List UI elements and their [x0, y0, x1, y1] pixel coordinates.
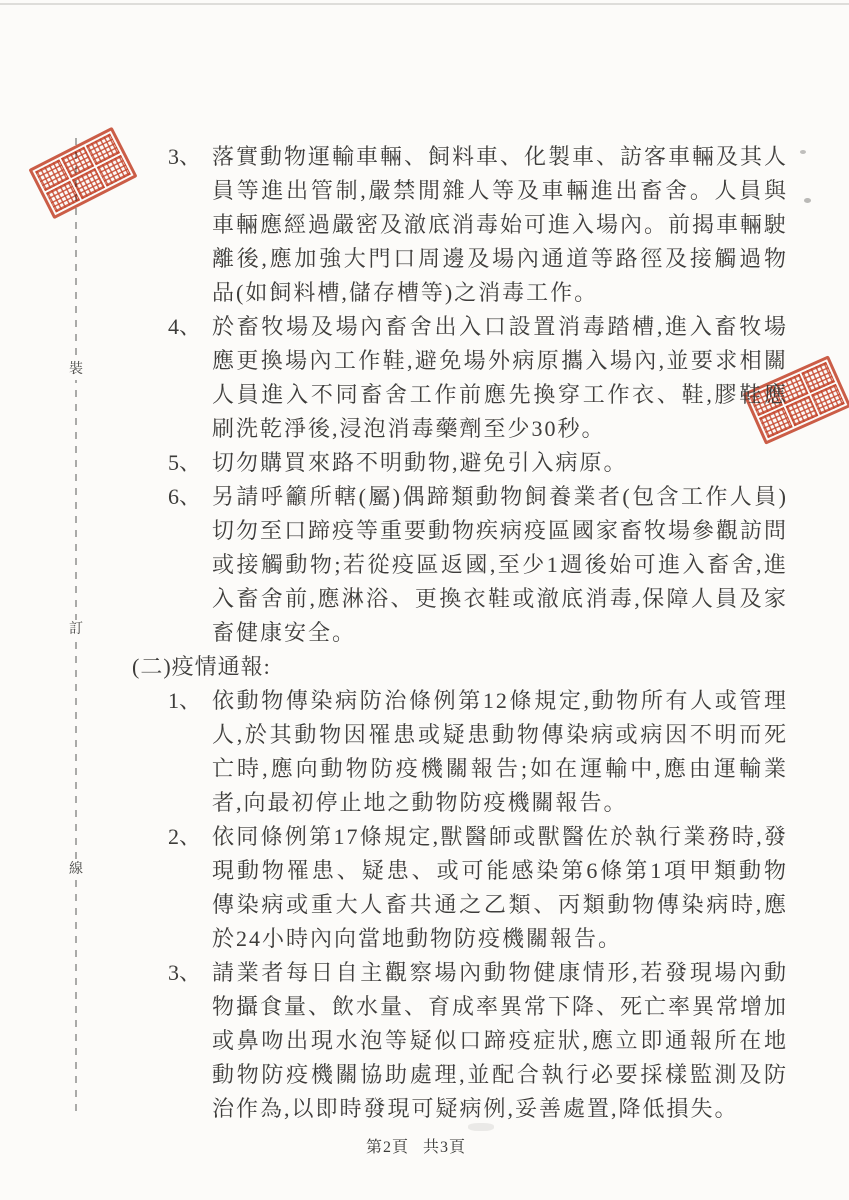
sub-list-item-1: 1、依動物傳染病防治條例第12條規定,動物所有人或管理人,於其動物因罹患或疑患動… — [168, 684, 788, 820]
binding-char-xian: 線 — [64, 860, 88, 880]
section-heading-epidemic-reporting: (二)疫情通報: — [132, 650, 792, 684]
item-number: 5、 — [168, 446, 212, 480]
scanned-document-page: 裝 訂 線 3、落實動物運輸車輛、飼料車、化製車、訪客車輛及其人員等進出管制,嚴… — [0, 0, 849, 1200]
list-item-5: 5、切勿購買來路不明動物,避免引入病原。 — [168, 446, 788, 480]
scan-speck — [804, 198, 811, 203]
item-text: 落實動物運輸車輛、飼料車、化製車、訪客車輛及其人員等進出管制,嚴禁閒雜人等及車輛… — [212, 144, 788, 305]
list-item-4: 4、於畜牧場及場內畜舍出入口設置消毒踏槽,進入畜牧場應更換場內工作鞋,避免場外病… — [168, 310, 788, 446]
item-text: 切勿購買來路不明動物,避免引入病原。 — [212, 450, 628, 475]
item-text: 於畜牧場及場內畜舍出入口設置消毒踏槽,進入畜牧場應更換場內工作鞋,避免場外病原攜… — [212, 314, 788, 441]
item-number: 1、 — [168, 684, 212, 718]
sub-list-item-2: 2、依同條例第17條規定,獸醫師或獸醫佐於執行業務時,發現動物罹患、疑患、或可能… — [168, 820, 788, 956]
item-text: 依同條例第17條規定,獸醫師或獸醫佐於執行業務時,發現動物罹患、疑患、或可能感染… — [212, 824, 788, 951]
binding-char-ding: 訂 — [64, 620, 88, 640]
binding-char-zhuang: 裝 — [64, 360, 88, 380]
item-number: 4、 — [168, 310, 212, 344]
item-text: 另請呼籲所轄(屬)偶蹄類動物飼養業者(包含工作人員)切勿至口蹄疫等重要動物疾病疫… — [212, 484, 788, 645]
item-number: 6、 — [168, 480, 212, 514]
page-number: 第2頁 — [366, 1139, 409, 1156]
scan-edge-artifact — [0, 3, 849, 5]
list-item-3: 3、落實動物運輸車輛、飼料車、化製車、訪客車輛及其人員等進出管制,嚴禁閒雜人等及… — [168, 140, 788, 310]
item-number: 3、 — [168, 956, 212, 990]
sub-list-item-3: 3、請業者每日自主觀察場內動物健康情形,若發現場內動物攝食量、飲水量、育成率異常… — [168, 956, 788, 1126]
item-text: 請業者每日自主觀察場內動物健康情形,若發現場內動物攝食量、飲水量、育成率異常下降… — [212, 960, 788, 1121]
item-number: 2、 — [168, 820, 212, 854]
list-item-6: 6、另請呼籲所轄(屬)偶蹄類動物飼養業者(包含工作人員)切勿至口蹄疫等重要動物疾… — [168, 480, 788, 650]
item-text: 依動物傳染病防治條例第12條規定,動物所有人或管理人,於其動物因罹患或疑患動物傳… — [212, 688, 788, 815]
official-seal-stamp-top-left — [28, 127, 137, 220]
item-number: 3、 — [168, 140, 212, 174]
page-footer: 第2頁共3頁 — [366, 1134, 466, 1157]
scan-speck — [800, 150, 806, 154]
page-total: 共3頁 — [423, 1139, 466, 1156]
document-body: 3、落實動物運輸車輛、飼料車、化製車、訪客車輛及其人員等進出管制,嚴禁閒雜人等及… — [132, 140, 792, 1126]
